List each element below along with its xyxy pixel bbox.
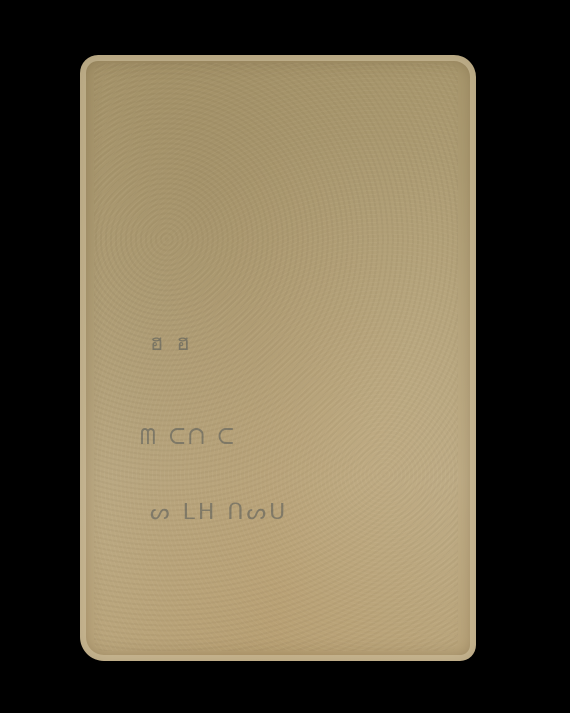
inscription-line-1: ฮ ฮ xyxy=(150,325,193,360)
inscription-line-2: ᗰ ᑕᑎ ᑕ xyxy=(140,425,237,450)
inscription-line-3: ᔕ ᒪᕼ ᑎᔕᑌ xyxy=(150,500,288,525)
clay-tablet xyxy=(80,55,476,661)
